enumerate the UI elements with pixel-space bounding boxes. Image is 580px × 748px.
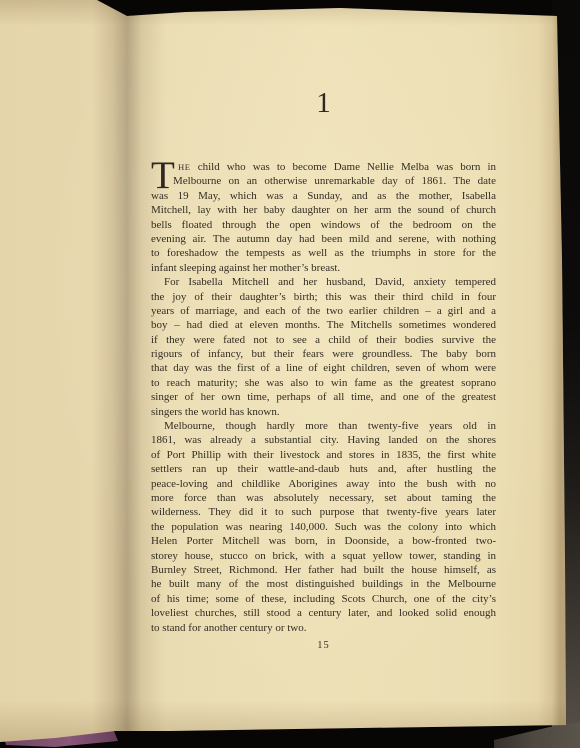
book-page-content: 1 HE child who was to become Dame Nellie… <box>151 0 496 748</box>
text-line: Melbourne, though hardly more than twent… <box>151 419 496 433</box>
text-line: if they were fated not to see a child of… <box>151 333 496 347</box>
text-line: settlers ran up their wattle-and-daub hu… <box>151 462 496 476</box>
text-line: the joy of their daughter’s birth; this … <box>151 290 496 304</box>
paragraph: HE child who was to become Dame Nellie M… <box>151 160 496 275</box>
text-line: rigours of infancy, but their fears were… <box>151 347 496 361</box>
text-line: evening air. The autumn day had been mil… <box>151 232 496 246</box>
text-line: Melbourne on an otherwise unremarkable d… <box>151 174 496 188</box>
text-line: the population was nearing 140,000. Such… <box>151 520 496 534</box>
text-line: of Port Phillip with their livestock and… <box>151 448 496 462</box>
text-line: Burnley Street, Richmond. Her father had… <box>151 563 496 577</box>
chapter-number: 1 <box>151 89 496 118</box>
text-line: For Isabella Mitchell and her husband, D… <box>151 275 496 289</box>
text-line: years of marriage, and each of the two e… <box>151 304 496 318</box>
text-line: to foreshadow the tempests as well as th… <box>151 246 496 260</box>
text-line: bells floated through the open windows o… <box>151 218 496 232</box>
drop-cap: T <box>151 161 175 191</box>
text-line: was 19 May, which was a Sunday, and as t… <box>151 189 496 203</box>
page-number: 15 <box>151 640 496 651</box>
text-line: Mitchell, lay with her baby daughter on … <box>151 203 496 217</box>
paragraph: For Isabella Mitchell and her husband, D… <box>151 275 496 419</box>
text-line: singers the world has known. <box>151 405 496 419</box>
text-line: to reach maturity; she was also to win f… <box>151 376 496 390</box>
text-line: that day was the first of a line of eigh… <box>151 361 496 375</box>
text-line: Helen Porter Mitchell was born, in Doons… <box>151 534 496 548</box>
cloth-surface <box>494 722 580 748</box>
text-line: singer of her own time, perhaps of all t… <box>151 390 496 404</box>
text-line: loveliest churches, still stood a centur… <box>151 606 496 620</box>
text-line: 1861, was already a substantial city. Ha… <box>151 433 496 447</box>
text-line: of his time; some of these, including Sc… <box>151 592 496 606</box>
text-line: HE child who was to become Dame Nellie M… <box>151 160 496 174</box>
text-line: to stand for another century or two. <box>151 621 496 635</box>
small-caps-text: HE <box>178 162 191 172</box>
text-line: wilderness. They did it to such purpose … <box>151 505 496 519</box>
text-line: peace-loving and childlike Aborigines aw… <box>151 477 496 491</box>
text-line: storey house, stucco on brick, with a sq… <box>151 549 496 563</box>
text-line: boy – had died at eleven months. The Mit… <box>151 318 496 332</box>
text-line: he built many of the most distinguished … <box>151 577 496 591</box>
text-line: infant sleeping against her mother’s bre… <box>151 261 496 275</box>
paragraph: Melbourne, though hardly more than twent… <box>151 419 496 635</box>
page-body: HE child who was to become Dame Nellie M… <box>151 160 496 635</box>
text-line: more force than was absolutely necessary… <box>151 491 496 505</box>
book-photo: 1 HE child who was to become Dame Nellie… <box>0 0 580 748</box>
